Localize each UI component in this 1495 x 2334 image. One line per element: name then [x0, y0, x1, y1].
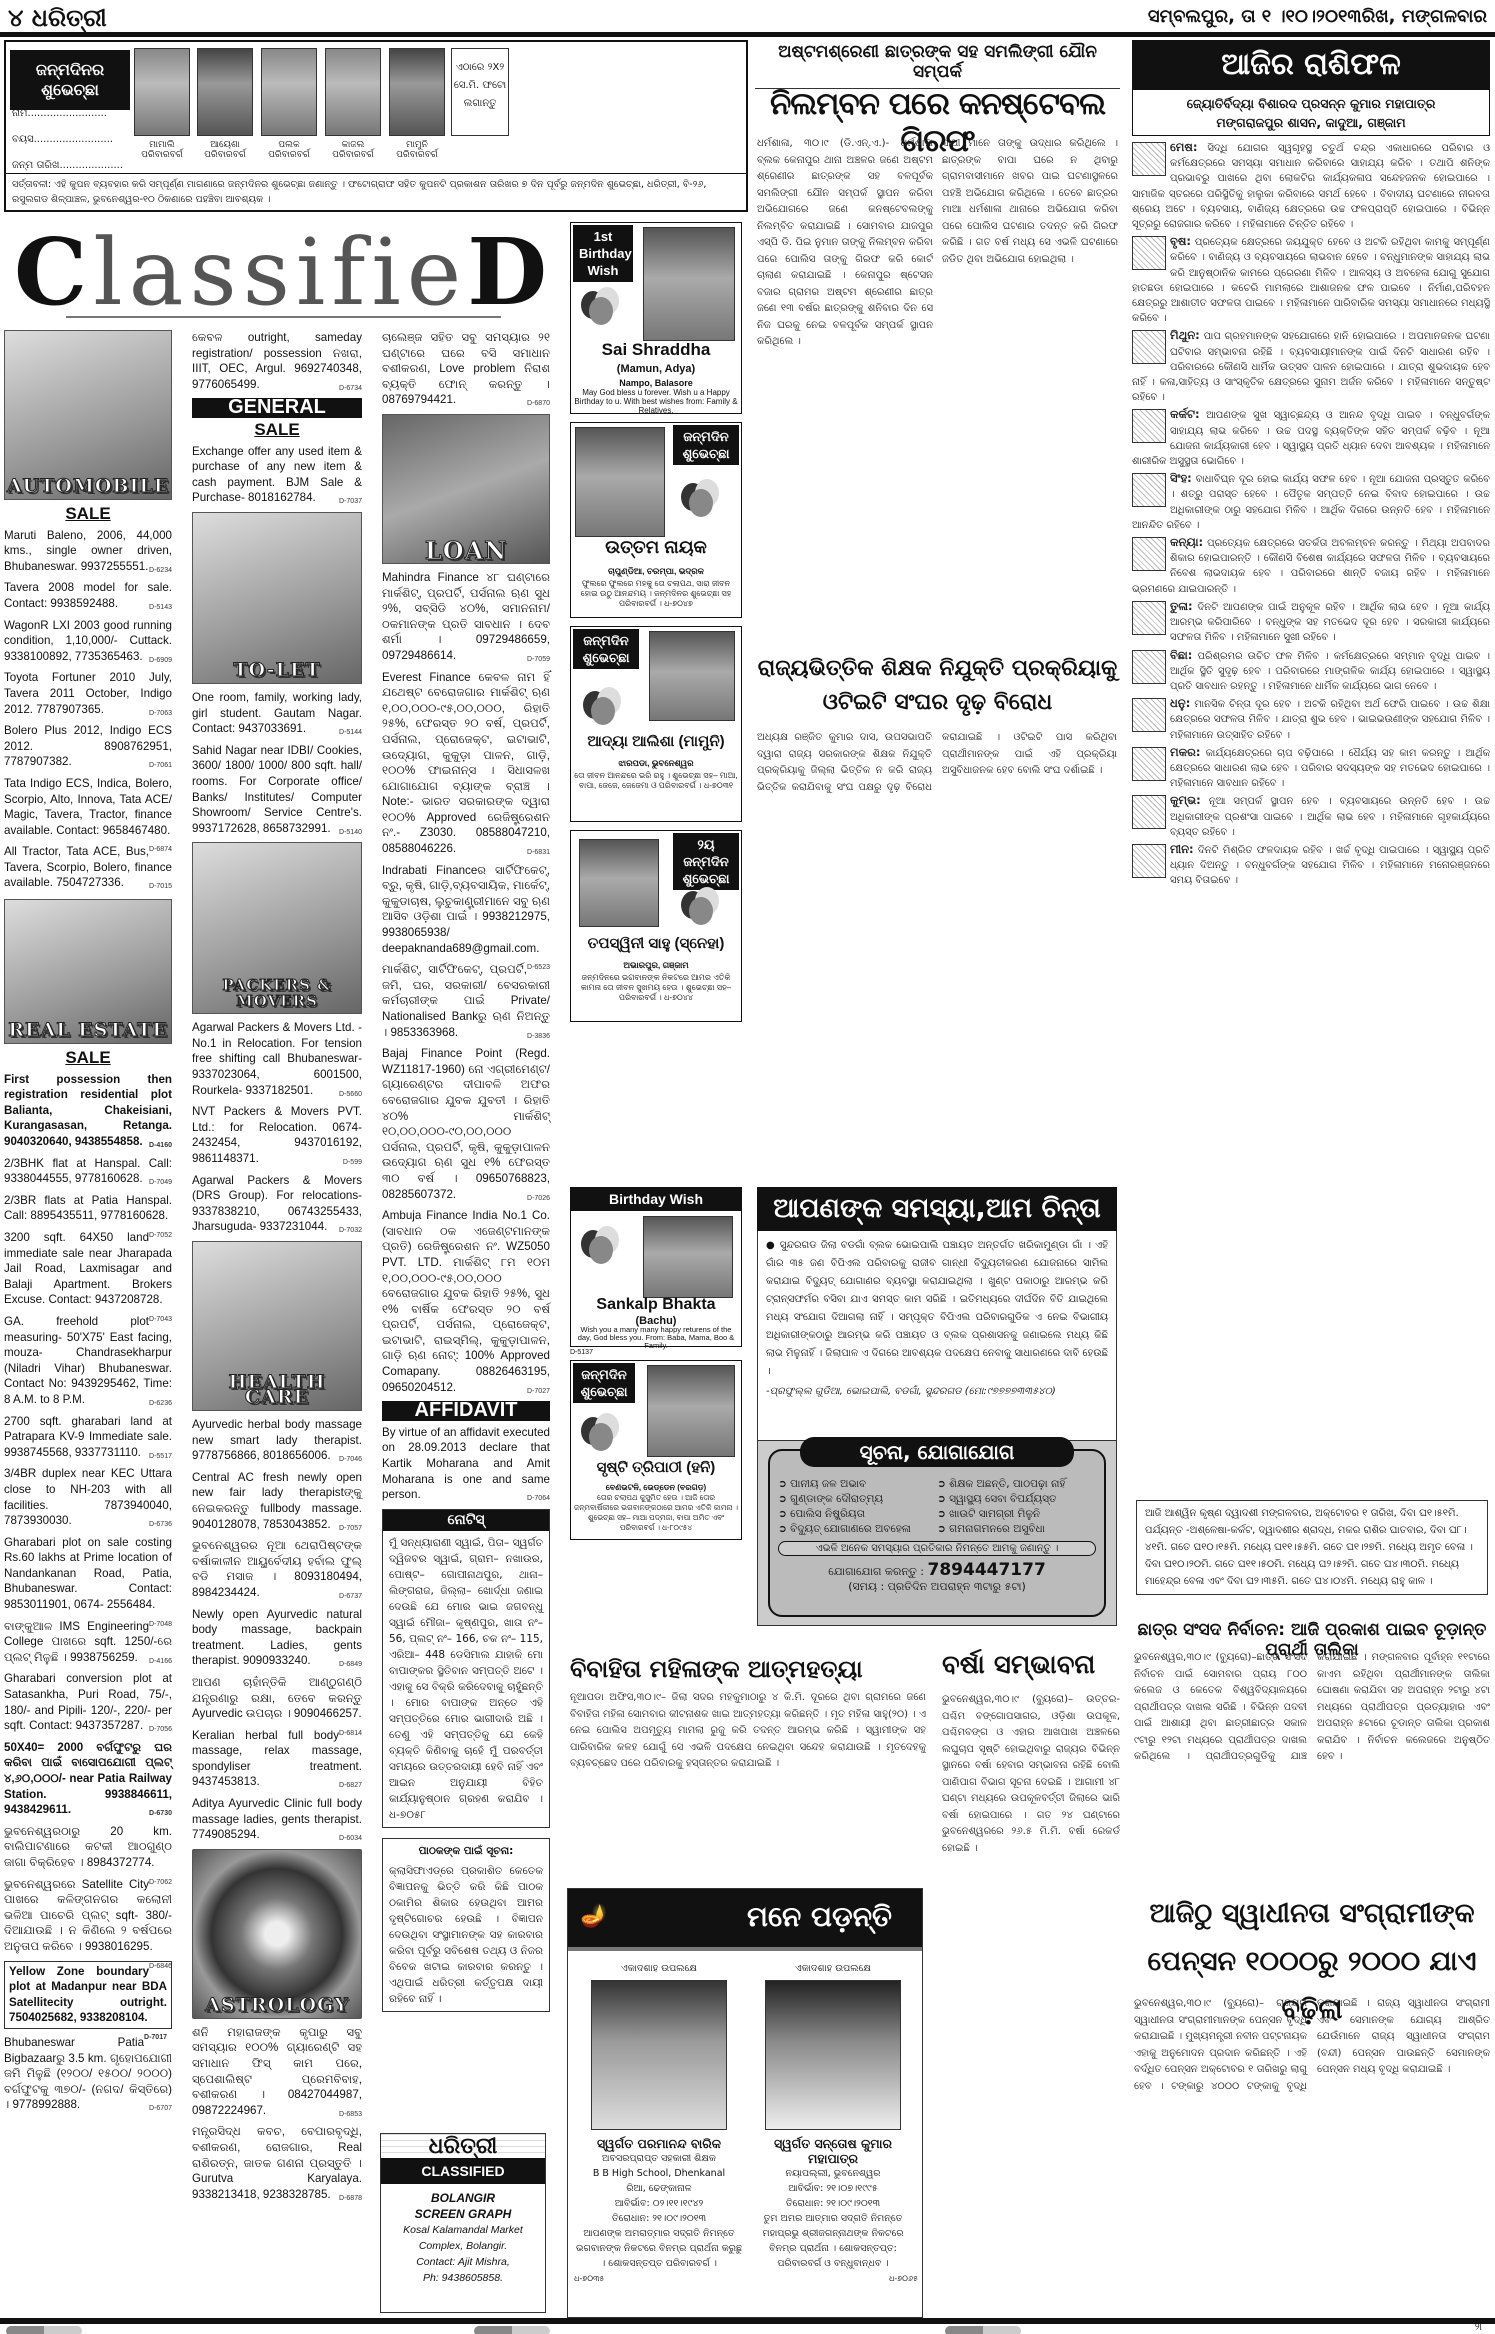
ad-code: D-5137	[570, 1349, 593, 1356]
ad-code: D-7063	[149, 706, 172, 722]
ad-code: D-6730	[149, 1806, 172, 1822]
kid-photo	[261, 48, 317, 136]
horoscope-list: ମେଷ: ସିଦ୍ଧି ଯୋଗର ସ୍ୱଗୃହସ୍ଥ ଚତୁର୍ଥ ଚନ୍ଦ୍ର…	[1132, 140, 1490, 891]
astrologer-address: ମଙ୍ଗରାଜପୁର ଶାସନ, କାଦୁଆ, ଗଞ୍ଜାମ	[1133, 113, 1489, 132]
classified-ad: WagonR LXI 2003 good running condition, …	[4, 618, 172, 665]
horoscope-title: ଆଜିର ରାଶିଫଳ	[1132, 40, 1490, 90]
classified-ad: ଚାଲେଞ୍ଜ ସହିତ ସବୁ ସମସ୍ୟାର ୨୧ ଘଣ୍ଟାରେ ଘରେ …	[382, 330, 550, 408]
issue-item: ➲ ଗମନାଗମନରେ ଅସୁବିଧା	[937, 1522, 1096, 1537]
headline: ବର୍ଷା ସମ୍ଭାବନା	[942, 1650, 1122, 1681]
zodiac-icon	[1132, 537, 1166, 571]
ad-code: D-6034	[339, 1831, 362, 1847]
occasion: ଏକାଦଶାହ ଉପଲକ୍ଷେ	[748, 1961, 918, 1976]
dateline: ସମ୍ବଲପୁର, ତା ୧ ।୧୦।୨୦୧୩ରିଖ, ମଙ୍ଗଳବାର	[1148, 6, 1487, 27]
contact-timing: (ସମୟ : ପ୍ରତିଦିନ ଅପରାହ୍ନ ୩ଟାରୁ ୫ଟା)	[778, 1580, 1096, 1594]
ad-code: D-7062	[149, 1875, 172, 1891]
issue-item: ➲ ପାନୀୟ ଜଳ ଅଭାବ	[778, 1477, 937, 1492]
page-indicator	[474, 2326, 550, 2334]
wish-card: ଜନ୍ମଦିନ ଶୁଭେଚ୍ଛା ଆଦ୍ୟା ଆଲିଶା (ମାମୁନି) ଝା…	[570, 626, 742, 822]
kid-family: ପରିବାରବର୍ଗ	[325, 150, 381, 160]
zodiac-icon	[1132, 142, 1166, 176]
astrologer-credit: ଜ୍ୟୋତିର୍ବିଦ୍ୟା ବିଶାରଦ ପ୍ରସନ୍ନ କୁମାର ମହାପ…	[1132, 90, 1490, 136]
wish-name: ଉତ୍ତମ ନାୟକ	[571, 541, 741, 554]
classified-ad: Tata Indigo ECS, Indica, Bolero, Scorpio…	[4, 776, 172, 838]
classified-ad: ଶନି ମହାରାଜଙ୍କ କୃପାରୁ ସବୁ ସମସ୍ୟାର ୧୦୦% ଗ୍…	[192, 2025, 362, 2119]
person-detail: ଆବିର୍ଭାବ: ୦୨।୧୧।୧୯୪୨	[574, 2196, 744, 2211]
health-care-banner: HEALTH CARE	[192, 1241, 362, 1411]
letter-signature: -ପ୍ରଫୁଲ୍ଲ ଗୁଡିଆ, ଭୋଇପାଲି, ବଡଗାଁ, ସୁନ୍ଦରଗ…	[766, 1383, 1108, 1401]
ad-code: D-7017	[144, 2030, 167, 2046]
kid-name: କାଜଲ	[325, 140, 381, 150]
panjika-box: ଆଜି ଆଶ୍ୱିନ କୃଷ୍ଣ ଦ୍ୱାଦଶୀ ମଙ୍ଗଳବାର, ଅକ୍ଟୋ…	[1136, 1500, 1488, 1595]
banner-label: PACKERS & MOVERS	[193, 978, 361, 1009]
arrow-icon: ➲	[778, 1523, 790, 1535]
classified-ad: Maruti Baleno, 2006, 44,000 kms., single…	[4, 528, 172, 575]
coupon-terms: ସର୍ତ୍ତାବଳୀ: ଏହି କୁପନ ବ୍ୟବହାର କରି ସମ୍ପୂର୍…	[6, 173, 746, 210]
zodiac-icon	[1132, 409, 1166, 443]
classified-ad: ଆପଣ ଚାହାଁନ୍ତିକି ଆଣ୍ଠୁଗଣ୍ଠି ଯନ୍ତ୍ରଣାରୁ ରକ…	[192, 1675, 362, 1722]
wish-tag: Birthday Wish	[571, 1188, 741, 1211]
classified-ad: Everest Finance କେବଳ ନାମ ହିଁ ଯଥେଷ୍ଟ ବେରୋ…	[382, 670, 550, 857]
balloons-icon	[681, 479, 731, 539]
classified-ad: ଭୁବନେଶ୍ୱରରେ Satellite City ପାଖରେ କଳିଙ୍ଗନ…	[4, 1877, 172, 1955]
classified-ad: Bajaj Finance Point (Regd. WZ11817-1960)…	[382, 1046, 550, 1202]
classified-ad: GA. freehold plot measuring- 50'X75' Eas…	[4, 1314, 172, 1408]
kid-name: ମାମୁନି	[389, 140, 445, 150]
horoscope-item: କୁମ୍ଭ: ନୂଆ ସମ୍ପର୍କ ସ୍ଥାପନ ହେବ । ବ୍ୟବସାୟର…	[1132, 793, 1490, 840]
real-estate-banner: REAL ESTATE	[4, 899, 172, 1044]
classified-ad: Mahindra Finance ୪୮ ଘଣ୍ଟାରେ ମାର୍କଶିଟ୍, ପ…	[382, 570, 550, 664]
horoscope-item: କର୍କଟ: ଆପଣଙ୍କ ସୁଖ ସ୍ୱାଚ୍ଛନ୍ଦ୍ୟ ଓ ଆନନ୍ଦ ବ…	[1132, 407, 1490, 469]
wish-message: Wish you a many many happy returens of t…	[574, 1326, 738, 1350]
balloons-icon	[581, 287, 631, 347]
classified-ad: 3200 sqft. 64X50 land immediate sale nea…	[4, 1230, 172, 1308]
classified-ad: By virtue of an affidavit executed on 28…	[382, 1425, 550, 1503]
person-detail: B B High School, Dhenkanal	[574, 2166, 744, 2181]
issue-list: ➲ ପାନୀୟ ଜଳ ଅଭାବ➲ ଶିକ୍ଷକ ଅଛନ୍ତି, ପାଠପଢ଼ା …	[778, 1477, 1096, 1537]
wish-name: ଆଦ୍ୟା ଆଲିଶା (ମାମୁନି)	[571, 735, 741, 748]
dob-field: ଜନ୍ମ ତାରିଖ....................	[12, 160, 123, 171]
classified-ad: First possession then registration resid…	[4, 1072, 172, 1150]
person-name: ସ୍ୱର୍ଗତ ସନ୍ତୋଷ କୁମାର ମହାପାତ୍ର	[748, 2136, 918, 2166]
classified-ad: All Tractor, Tata ACE, Bus, Tavera, Scor…	[4, 844, 172, 891]
page-indicator	[945, 2326, 1021, 2334]
ad-code: D-6849	[339, 1657, 362, 1673]
horoscope-item: ସିଂହ: ବାଧାବିଘ୍ନ ଦୂର ହୋଇ କାର୍ଯ୍ୟ ସଫଳ ହେବ …	[1132, 471, 1490, 533]
person-name: ସ୍ୱର୍ଗତ ପରମାନନ୍ଦ ବାରିକ	[574, 2136, 744, 2151]
classified-ad: ମାର୍କଶିଟ୍, ସାର୍ଟିଫିକେଟ୍, ପ୍ରପର୍ଟି, ଜମି, …	[382, 962, 550, 1040]
ad-code: D-7043	[149, 1312, 172, 1328]
classified-ad: Sahid Nagar near IDBI/ Cookies, 3600/ 18…	[192, 743, 362, 837]
age-field: ବୟସ.........................	[12, 134, 113, 145]
wish-message: ଫୁଲରେ ଫୁଲରେ ମହକୁ ତୋ ଚଲାପଥ, ସାରା ଜୀବନ ହୋଇ…	[574, 579, 738, 609]
classified-column-2: କେବଳ outright, sameday registration/ pos…	[192, 330, 362, 2208]
sign-name: ମିଥୁନ:	[1170, 328, 1200, 342]
ad-code: D-4166	[149, 1654, 172, 1670]
sign-forecast: ନୂଆ ସମ୍ପର୍କ ସ୍ଥାପନ ହେବ । ବ୍ୟବସାୟରେ ଉନ୍ନତ…	[1170, 796, 1490, 837]
reader-note-title: ପାଠକଙ୍କ ପାଇଁ ସୂଚନା:	[383, 1839, 549, 1863]
horoscope-item: ମେଷ: ସିଦ୍ଧି ଯୋଗର ସ୍ୱଗୃହସ୍ଥ ଚତୁର୍ଥ ଚନ୍ଦ୍ର…	[1132, 140, 1490, 232]
sign-forecast: ପ୍ରତ୍ୟେକ କ୍ଷେତ୍ରରେ ଜୟଯୁକ୍ତ ହେବେ ଓ ଅଟକି ର…	[1132, 237, 1490, 324]
wish-card: ଜନ୍ମଦିନ ଶୁଭେଚ୍ଛା ଉତ୍ତମ ନାୟକ ଚାପୁଣ୍ଡିଆ, ଚ…	[570, 422, 742, 618]
wish-place: ଅଭାରପୁର, ଗଞ୍ଜାମ	[571, 959, 741, 972]
wish-message: ତୋର ଚଲାପଥ କୁସୁମିତ ହେଉ । ଆଜି ତୋର ଜନ୍ମବାର୍…	[574, 1493, 738, 1533]
horoscope-item: ମକର: କାର୍ଯ୍ୟକ୍ଷେତ୍ରରେ ଚାପ ବଢ଼ିପାରେ । ଧୈର…	[1132, 745, 1490, 792]
agent-contact: Contact: Ajit Mishra,	[381, 2254, 545, 2270]
wish-photo	[643, 227, 735, 341]
automobile-ads: Maruti Baleno, 2006, 44,000 kms., single…	[4, 528, 172, 891]
kid-photo	[134, 48, 190, 136]
notice-box: ନୋଟିସ୍ ମୁଁ ସନ୍ଧ୍ୟାରାଣୀ ସ୍ୱାଇଁ, ପିତା– ସ୍ୱ…	[382, 1509, 550, 1829]
footer-rule	[0, 2318, 1495, 2324]
wish-name: ସୃଷ୍ଟି ତ୍ରିପାଠୀ (ହନି)	[571, 1461, 741, 1474]
automobile-banner: AUTOMOBILE	[4, 330, 172, 500]
story-text: ଅଧ୍ୟକ୍ଷ ରଞ୍ଜିତ କୁମାର ଦାସ, ଉପସଭାପତି ଦ୍ୱାର…	[757, 730, 1117, 1175]
ad-code: D-6874	[149, 842, 172, 858]
notice-title: ନୋଟିସ୍	[383, 1510, 549, 1532]
photo-slot: ଏଠାରେ ୨X୨ ସେ.ମି. ଫଟୋ ଲଗାନ୍ତୁ	[451, 48, 509, 136]
ad-code: D-6846	[149, 1959, 172, 1975]
contact-phone: ଯୋଗାଯୋଗ କରନ୍ତୁ : 7894447177	[778, 1560, 1096, 1580]
kid-card: ପଲକପରିବାରବର୍ଗ	[261, 48, 317, 160]
classified-ad: 2/3BR flats at Patia Hanspal. Call: 8895…	[4, 1193, 172, 1224]
classified-ad: ଭୁବନେଶ୍ୱରଠାରୁ 20 km. ବାଲିପାଟଣାରେ କଟକୀ ଆଠ…	[4, 1824, 172, 1871]
card-bar: CLASSIFIED	[381, 2158, 545, 2184]
classified-ad: Agarwal Packers & Movers Ltd. - No.1 in …	[192, 1020, 362, 1098]
kid-photo	[389, 48, 445, 136]
contact-pill: ଏଭଳି ଅନେକ ସମସ୍ୟାର ପ୍ରତିକାର ନିମନ୍ତେ ଆମକୁ …	[778, 1541, 1096, 1556]
banner-label: LOAN	[383, 543, 549, 559]
sign-forecast: ସିଦ୍ଧି ଯୋଗର ସ୍ୱଗୃହସ୍ଥ ଚତୁର୍ଥ ଚନ୍ଦ୍ର ଏକାଧ…	[1132, 143, 1490, 230]
sign-name: କର୍କଟ:	[1170, 407, 1200, 421]
kid-name: ମାମାଲି	[134, 140, 190, 150]
wish-photo	[575, 427, 665, 537]
kid-name: ଆୟେଶା	[197, 140, 253, 150]
person-detail: ରିଆ, ଢେଙ୍କାନାଳ	[574, 2181, 744, 2196]
classified-ad: Central AC fresh newly open new fair lad…	[192, 1470, 362, 1532]
horoscope-item: କନ୍ୟା: ପ୍ରତ୍ୟେକ କ୍ଷେତ୍ରରେ ସତର୍କତା ଅବଲମ୍ବ…	[1132, 535, 1490, 597]
kid-photo	[325, 48, 381, 136]
horoscope-item: ତୁଳା: ଦିନଟି ଆପଣଙ୍କ ପାଇଁ ଅନୁକୂଳ ରହିବ । ଆର…	[1132, 599, 1490, 646]
astrologer-name: ଜ୍ୟୋତିର୍ବିଦ୍ୟା ବିଶାରଦ ପ୍ରସନ୍ନ କୁମାର ମହାପ…	[1133, 94, 1489, 113]
classified-ad: Yellow Zone boundary plot at Madanpur ne…	[4, 1961, 172, 2029]
agent-phone: Ph: 9438605858.	[381, 2270, 545, 2286]
person-detail: ଅବସରପ୍ରାପ୍ତ ସହକାରୀ ଶିକ୍ଷକ	[574, 2151, 744, 2166]
arrow-icon: ➲	[778, 1508, 790, 1520]
page-number: ୨୮	[1475, 2322, 1485, 2333]
horoscope-item: ବିଛା: ପରିଶ୍ରମର ଉଚିତ ଫଳ ମିଳିବ । କର୍ମକ୍ଷେତ…	[1132, 648, 1490, 695]
classified-ad: Bolero Plus 2012, Indigo ECS 2012. 89087…	[4, 723, 172, 770]
wish-name: Sankalp Bhakta	[571, 1298, 741, 1311]
arrow-icon: ➲	[778, 1478, 790, 1490]
story-text: ନୂଆପଡା ଅଫିସ,୩୦।୯– ଜିଲା ସଦର ମହକୁମାଠାରୁ ୪ …	[570, 1690, 926, 1880]
arrow-icon: ➲	[937, 1478, 949, 1490]
story-text: ଧର୍ମଶାଳା, ୩୦।୯ (ଡି.ଏନ୍.ଏ.)- ଧର୍ମଶାଳା ବ୍ଲ…	[757, 136, 933, 556]
birthday-coupon: ଜନ୍ମଦିନର ଶୁଭେଚ୍ଛା ନାମ...................…	[4, 40, 748, 212]
issue-item: ➲ ସ୍ୱାସ୍ଥ୍ୟ ସେବା ବିପର୍ଯ୍ୟସ୍ତ	[937, 1492, 1096, 1507]
ad-code: D-6236	[149, 1396, 172, 1412]
ad-code: D-6707	[149, 2101, 172, 2117]
ad-code: D-5143	[149, 600, 172, 616]
packers-banner: PACKERS & MOVERS	[192, 842, 362, 1014]
sign-name: ମକର:	[1170, 745, 1200, 759]
classified-ad: କେବଳ outright, sameday registration/ pos…	[192, 330, 362, 392]
classified-ad: Ambuja Finance India No.1 Co. (ସାବଧାନ ଠକ…	[382, 1208, 550, 1395]
zodiac-icon	[1132, 650, 1166, 684]
classified-ad: Gharabari conversion plot at Satasankha,…	[4, 1671, 172, 1733]
headline: ରାଜ୍ୟଭିତ୍ତିକ ଶିକ୍ଷକ ନିଯୁକ୍ତି ପ୍ରକ୍ରିୟାକୁ…	[755, 652, 1120, 720]
kid-family: ପରିବାରବର୍ଗ	[261, 150, 317, 160]
banner-label: REAL ESTATE	[5, 1023, 171, 1039]
occasion: ଏକାଦଶାହ ଉପଲକ୍ଷେ	[574, 1961, 744, 1976]
astrology-banner: ASTROLOGY	[192, 1849, 362, 2019]
wish-photo	[643, 1216, 733, 1298]
wish-card: Birthday Wish Sankalp Bhakta (Bachu) Wis…	[570, 1187, 742, 1347]
wish-tag: ୨ୟ ଜନ୍ମଦିନ ଶୁଭେଚ୍ଛା	[673, 833, 739, 890]
headline: ବିବାହିତା ମହିଳାଙ୍କ ଆତ୍ମହତ୍ୟା	[570, 1655, 930, 1683]
problem-section-title: ଆପଣଙ୍କ ସମସ୍ୟା,ଆମ ଚିନ୍ତା	[757, 1187, 1117, 1231]
kid-photo	[197, 48, 253, 136]
sale-heading: SALE	[192, 422, 362, 438]
classified-column-1: AUTOMOBILE SALE Maruti Baleno, 2006, 44,…	[4, 330, 172, 2119]
wish-name: ତପସ୍ୱିନୀ ସାହୁ (ସ୍ନେହା)	[571, 937, 741, 950]
wish-place: ଚାପୁଣ୍ଡିଆ, ଚରମ୍ପା, ଭଦ୍ରକ	[571, 565, 741, 578]
sign-name: ଧନୁ:	[1170, 696, 1190, 710]
masthead-rule	[0, 32, 1495, 37]
sign-name: ତୁଳା:	[1170, 599, 1193, 613]
sign-forecast: ଦିନଟି ମିଶ୍ରିତ ଫଳଦାୟକ ରହିବ । ଖର୍ଚ୍ଚ ବୃଦ୍ଧ…	[1170, 845, 1490, 886]
notice-body: ମୁଁ ସନ୍ଧ୍ୟାରାଣୀ ସ୍ୱାଇଁ, ପିତା– ସ୍ୱର୍ଗତ ଦ୍…	[383, 1531, 549, 1827]
zodiac-icon	[1132, 236, 1166, 270]
horoscope-item: ବୃଷ: ପ୍ରତ୍ୟେକ କ୍ଷେତ୍ରରେ ଜୟଯୁକ୍ତ ହେବେ ଓ ଅ…	[1132, 234, 1490, 326]
ad-code: D-7015	[149, 879, 172, 895]
agent-address: Complex, Bolangir.	[381, 2238, 545, 2254]
ad-code: D-7057	[339, 1521, 362, 1537]
sale-heading: SALE	[4, 1050, 172, 1066]
classified-ad: NVT Packers & Movers PVT. Ltd.: for Relo…	[192, 1104, 362, 1166]
wish-tag: ଜନ୍ମଦିନ ଶୁଭେଚ୍ଛା	[573, 1363, 635, 1403]
issue-item: ➲ ପୋଲିସ ନିଷ୍କ୍ରିୟତା	[778, 1507, 937, 1522]
real-estate-ads: First possession then registration resid…	[4, 1072, 172, 2113]
story-text: ଭୁବନେଶ୍ୱର,୩୦।୯ (ବ୍ୟୁରୋ)– ଉତ୍ତର-ପଶ୍ଚିମ ବଙ…	[942, 1692, 1120, 2312]
ad-code: D-4160	[149, 1138, 172, 1154]
zodiac-icon	[1132, 844, 1166, 878]
sale-heading: SALE	[4, 506, 172, 522]
loan-banner: LOAN	[382, 414, 550, 564]
ad-code: D-7056	[149, 1722, 172, 1738]
ad-code: ଧ-୭୦୬୫	[748, 2271, 918, 2286]
story-text: ଭୁବନେଶ୍ୱର,୩୦।୯ (ବ୍ୟୁରୋ)–ଛାତ୍ର ସଂସଦ ନିର୍ବ…	[1134, 1650, 1490, 1880]
banner-label: ASTROLOGY	[193, 1998, 361, 2014]
agent-name: SCREEN GRAPH	[381, 2206, 545, 2222]
story-text: ଭୁବନେଶ୍ୱର,୩୦।୯ (ବ୍ୟୁରୋ)– ରାଜ୍ୟର ସ୍ୱାଧୀନତ…	[1134, 1996, 1490, 2314]
issue-item: ➲ ଖାଉଟି ସାମଗ୍ରୀ ମିଳୁନି	[937, 1507, 1096, 1522]
horoscope-item: ଧନୁ: ମାନସିକ ଚିନ୍ତା ଦୂର ହେବ । ଅଟକି ରହିଥିବ…	[1132, 696, 1490, 743]
wish-tag: ଜନ୍ମଦିନ ଶୁଭେଚ୍ଛା	[673, 425, 739, 465]
classified-ad: Bhubaneswar Patia Bigbazaarରୁ 3.5 km. ଗୃ…	[4, 2035, 172, 2113]
arrow-icon: ➲	[937, 1493, 949, 1505]
classified-ad: 2/3BHK flat at Hanspal. Call: 9338044555…	[4, 1156, 172, 1187]
ad-code: D-7049	[149, 1175, 172, 1191]
kid-name: ପଲକ	[261, 140, 317, 150]
agent-address: Kosal Kalamandal Market	[381, 2222, 545, 2238]
ad-code: D-5517	[149, 1449, 172, 1465]
kid-family: ପରିବାରବର୍ଗ	[134, 150, 190, 160]
classified-ad: Agarwal Packers & Movers (DRS Group). Fo…	[192, 1173, 362, 1235]
wish-tag: 1st Birthday Wish	[573, 225, 633, 282]
wish-card: ଜନ୍ମଦିନ ଶୁଭେଚ୍ଛା ସୃଷ୍ଟି ତ୍ରିପାଠୀ (ହନି) ବ…	[570, 1360, 742, 1540]
kid-family: ପରିବାରବର୍ଗ	[389, 150, 445, 160]
person-photo	[591, 1980, 727, 2130]
classified-ad: Toyota Fortuner 2010 July, Tavera 2011 O…	[4, 670, 172, 717]
ad-code: D-6736	[149, 1517, 172, 1533]
sign-name: ବିଛା:	[1170, 648, 1192, 662]
banner-label: HEALTH CARE	[193, 1375, 361, 1406]
general-heading: GENERAL	[192, 398, 362, 418]
ad-code: D-6523	[527, 960, 550, 976]
kicker: ଅଷ୍ଟମଶ୍ରେଣୀ ଛାତ୍ରଙ୍କ ସହ ସମଲିଙ୍ଗୀ ଯୌନ ସମ୍…	[755, 42, 1120, 89]
wish-message: ଜନ୍ମଦିନରେ ଭଗବାନଙ୍କ ନିକଟରେ ଆମର ଏତିକି କାମନ…	[574, 973, 738, 1003]
wish-card: ୨ୟ ଜନ୍ମଦିନ ଶୁଭେଚ୍ଛା ତପସ୍ୱିନୀ ସାହୁ (ସ୍ନେହ…	[570, 830, 742, 1022]
ad-code: D-5144	[339, 725, 362, 741]
kid-card: କାଜଲପରିବାରବର୍ଗ	[325, 48, 381, 160]
ad-code: D-7052	[149, 1228, 172, 1244]
sign-name: ମୀନ:	[1170, 842, 1194, 856]
ad-code: ଧ-୭୦୩୫	[574, 2271, 744, 2286]
classified-agent-card: ଧରିତ୍ରୀ CLASSIFIED BOLANGIR SCREEN GRAPH…	[380, 2133, 546, 2313]
letter-body: ସୁନ୍ଦରଗଡ ଜିଲା ବଡଗାଁ ବ୍ଲକ ଭୋଇପାଲି ପଞ୍ଚାୟତ…	[766, 1240, 1108, 1377]
ad-code: D-5660	[339, 1087, 362, 1103]
person-detail: ଆପଣଙ୍କ ଅମରାତ୍ମାର ସଦ୍‌ଗତି ନିମନ୍ତେ ଭଗବାନଙ୍…	[574, 2226, 744, 2271]
classified-ad: ବାଙ୍କୁଆଳ IMS Engineering College ପାଖରେ s…	[4, 1619, 172, 1666]
arrow-icon: ➲	[937, 1523, 949, 1535]
ad-code: D-7059	[527, 652, 550, 668]
sign-forecast: ମାନସିକ ଚିନ୍ତା ଦୂର ହେବ । ଅଟକି ରହିଥିବା ଅର୍…	[1170, 699, 1490, 740]
sign-name: ବୃଷ:	[1170, 234, 1191, 248]
obituary-person: ଏକାଦଶାହ ଉପଲକ୍ଷେ ସ୍ୱର୍ଗତ ସନ୍ତୋଷ କୁମାର ମହା…	[748, 1961, 918, 2286]
zodiac-icon	[1132, 601, 1166, 635]
person-detail: ତିରୋଧାନ: ୨୧।୦୯।୨୦୧୩	[574, 2211, 744, 2226]
classified-ad: ମନ୍ତ୍ରସିଦ୍ଧ କବଚ, ବେପାରବୃଦ୍ଧି, ବଶୀକରଣ, ରୋ…	[192, 2124, 362, 2202]
issue-item: ➲ ଶିକ୍ଷକ ଅଛନ୍ତି, ପାଠପଢ଼ା ନାହିଁ	[937, 1477, 1096, 1492]
reader-note-box: ପାଠକଙ୍କ ପାଇଁ ସୂଚନା: କ୍ଲାସିଫାଏଡ୍‌ରେ ପ୍ରକା…	[382, 1838, 550, 2012]
balloons-icon	[581, 1226, 631, 1286]
sign-name: କୁମ୍ଭ:	[1170, 793, 1201, 807]
ad-code: D-6831	[527, 845, 550, 861]
ad-code: D-7048	[149, 1617, 172, 1633]
ad-code: D-3836	[527, 1029, 550, 1045]
contact-box: ସୂଚନା, ଯୋଗାଯୋଗ ➲ ପାନୀୟ ଜଳ ଅଭାବ➲ ଶିକ୍ଷକ ଅ…	[757, 1441, 1117, 1626]
classified-ad: 3/4BR duplex near KEC Uttara close to NH…	[4, 1466, 172, 1528]
obituary-person: ଏକାଦଶାହ ଉପଲକ୍ଷେ ସ୍ୱର୍ଗତ ପରମାନନ୍ଦ ବାରିକ ଅ…	[574, 1961, 744, 2286]
wish-place: ଝାରପଡା, ଭୁବନେଶ୍ୱର	[571, 757, 741, 770]
ad-code: D-6737	[339, 1589, 362, 1605]
zodiac-icon	[1132, 330, 1166, 364]
tolet-banner: TO-LET	[192, 512, 362, 684]
contact-title: ସୂଚନା, ଯୋଗାଯୋଗ	[800, 1437, 1074, 1467]
sign-name: କନ୍ୟା:	[1170, 535, 1203, 549]
dharitri-logo: ଧରିତ୍ରୀ	[381, 2134, 545, 2158]
person-detail: ତିରୋଧାନ: ୨୧।୦୯।୨୦୧୩	[748, 2196, 918, 2211]
issue-item: ➲ ଗୁଣ୍ଡାଙ୍କ ଦୌରାତ୍ମ୍ୟ	[778, 1492, 937, 1507]
zodiac-icon	[1132, 698, 1166, 732]
sign-name: ସିଂହ:	[1170, 471, 1192, 485]
issue-item: ➲ ବିଦ୍ୟୁତ୍ ଯୋଗାଣରେ ଅବହେଳା	[778, 1522, 937, 1537]
ad-code: D-7061	[149, 758, 172, 774]
name-field: ନାମ.........................	[12, 108, 107, 119]
classified-column-3: ଚାଲେଞ୍ଜ ସହିତ ସବୁ ସମସ୍ୟାର ୨୧ ଘଣ୍ଟାରେ ଘରେ …	[382, 330, 550, 2022]
kid-family: ପରିବାରବର୍ଗ	[197, 150, 253, 160]
kid-card: ଆୟେଶାପରିବାରବର୍ଗ	[197, 48, 253, 160]
obituary-box: 🪔ମନେ ପଡ଼ନ୍ତି ଏକାଦଶାହ ଉପଲକ୍ଷେ ସ୍ୱର୍ଗତ ପରମ…	[567, 1888, 923, 2318]
lamp-icon: 🪔	[580, 1889, 607, 1945]
problem-letter: ● ସୁନ୍ଦରଗଡ ଜିଲା ବଡଗାଁ ବ୍ଲକ ଭୋଇପାଲି ପଞ୍ଚା…	[757, 1231, 1117, 1441]
ad-code: D-6853	[339, 2107, 362, 2123]
wish-name: Sai Shraddha	[571, 343, 741, 356]
obituary-title: 🪔ମନେ ପଡ଼ନ୍ତି	[568, 1889, 922, 1951]
person-detail: ତୁମ ଅମର ଆତ୍ମାର ସଦ୍‌ଗତି ନିମନ୍ତେ ମହାପ୍ରଭୁ …	[748, 2211, 918, 2271]
wish-message: ତୋ ଜୀବନ ଆନନ୍ଦରେ ଭରି ରହୁ । ଶୁଭେଚ୍ଛା ସହ– ମ…	[574, 771, 738, 791]
sign-forecast: ଦିନଟି ଆପଣଙ୍କ ପାଇଁ ଅନୁକୂଳ ରହିବ । ଆର୍ଥିକ ଲ…	[1170, 602, 1490, 643]
classified-ad: Tavera 2008 model for sale. Contact: 993…	[4, 580, 172, 611]
wish-tag: ଜନ୍ମଦିନ ଶୁଭେଚ୍ଛା	[573, 629, 639, 669]
classified-ad: Newly open Ayurvedic natural body massag…	[192, 1607, 362, 1669]
classified-ad: Exchange offer any used item & purchase …	[192, 444, 362, 506]
banner-label: AUTOMOBILE	[5, 479, 171, 495]
ad-code: D-5140	[339, 825, 362, 841]
classified-logo: ClassifieD	[6, 222, 561, 322]
classified-ad: 2700 sqft. gharabari land at Patrapara K…	[4, 1414, 172, 1461]
wish-alias: (Mamun, Adya)	[571, 363, 741, 376]
phone-number[interactable]: 7894447177	[928, 1560, 1046, 1580]
ad-code: D-7032	[339, 1223, 362, 1239]
bullet-icon: ●	[766, 1240, 780, 1251]
zodiac-icon	[1132, 795, 1166, 829]
classified-ad: Indrabati Financeର ସାର୍ଟିଫିକେଟ୍, ବ୍ରୁ, କ…	[382, 863, 550, 957]
arrow-icon: ➲	[937, 1508, 949, 1520]
ad-code: D-6814	[339, 1726, 362, 1742]
wish-photo	[579, 839, 659, 927]
person-photo	[765, 1980, 901, 2130]
person-detail: ନୟାପଲ୍ଲୀ, ଭୁବନେଶ୍ୱର	[748, 2166, 918, 2181]
ad-code: D-599	[343, 1155, 362, 1171]
classified-ad: Gharabari plot on sale costing Rs.60 lak…	[4, 1535, 172, 1613]
ad-code: D-6234	[149, 563, 172, 579]
ad-code: D-6827	[339, 1778, 362, 1794]
kid-card: ମାମାଲିପରିବାରବର୍ଗ	[134, 48, 190, 160]
zodiac-icon	[1132, 747, 1166, 781]
horoscope-item: ମୀନ: ଦିନଟି ମିଶ୍ରିତ ଫଳଦାୟକ ରହିବ । ଖର୍ଚ୍ଚ …	[1132, 842, 1490, 889]
reader-note-body: କ୍ଲାସିଫାଏଡ୍‌ରେ ପ୍ରକାଶିତ କେତେକ ବିଜ୍ଞାପନକୁ…	[383, 1863, 549, 2011]
classified-ad: ଭୁବନେଶ୍ୱରର ନୂଆ ଥେରାପିଷ୍ଟଙ୍କ ବର୍ଷାକାଳୀନ ଆ…	[192, 1538, 362, 1600]
arrow-icon: ➲	[778, 1493, 790, 1505]
agent-city: BOLANGIR	[381, 2190, 545, 2206]
kid-card: ମାମୁନିପରିବାରବର୍ଗ	[389, 48, 445, 160]
horoscope-item: ମିଥୁନ: ପାପ ଗ୍ରହମାନଙ୍କ ସହଯୋଗରେ ହାନି ହୋଇପା…	[1132, 328, 1490, 405]
affidavit-heading: AFFIDAVIT	[382, 1401, 550, 1421]
classified-ad: Keralian herbal full body massage, relax…	[192, 1728, 362, 1790]
wish-message: May God bless u forever. Wish u a Happy …	[574, 388, 738, 415]
banner-label: TO-LET	[193, 663, 361, 679]
story-text: ସାଥୀ ମାନେ ତାଙ୍କୁ ଉଦ୍ଧାର କରିଥିଲେ । ଛାତ୍ରଙ…	[942, 136, 1118, 556]
ad-code: D-7027	[527, 1384, 550, 1400]
sign-forecast: ପରିଶ୍ରମର ଉଚିତ ଫଳ ମିଳିବ । କର୍ମକ୍ଷେତ୍ରରେ ସ…	[1170, 651, 1490, 692]
wish-photo	[647, 1365, 735, 1457]
page-indicator	[6, 2326, 82, 2334]
ad-code: D-6909	[149, 653, 172, 669]
sign-forecast: କାର୍ଯ୍ୟକ୍ଷେତ୍ରରେ ଚାପ ବଢ଼ିପାରେ । ଧୈର୍ଯ୍ୟ …	[1170, 748, 1490, 789]
wish-photo	[649, 631, 735, 721]
